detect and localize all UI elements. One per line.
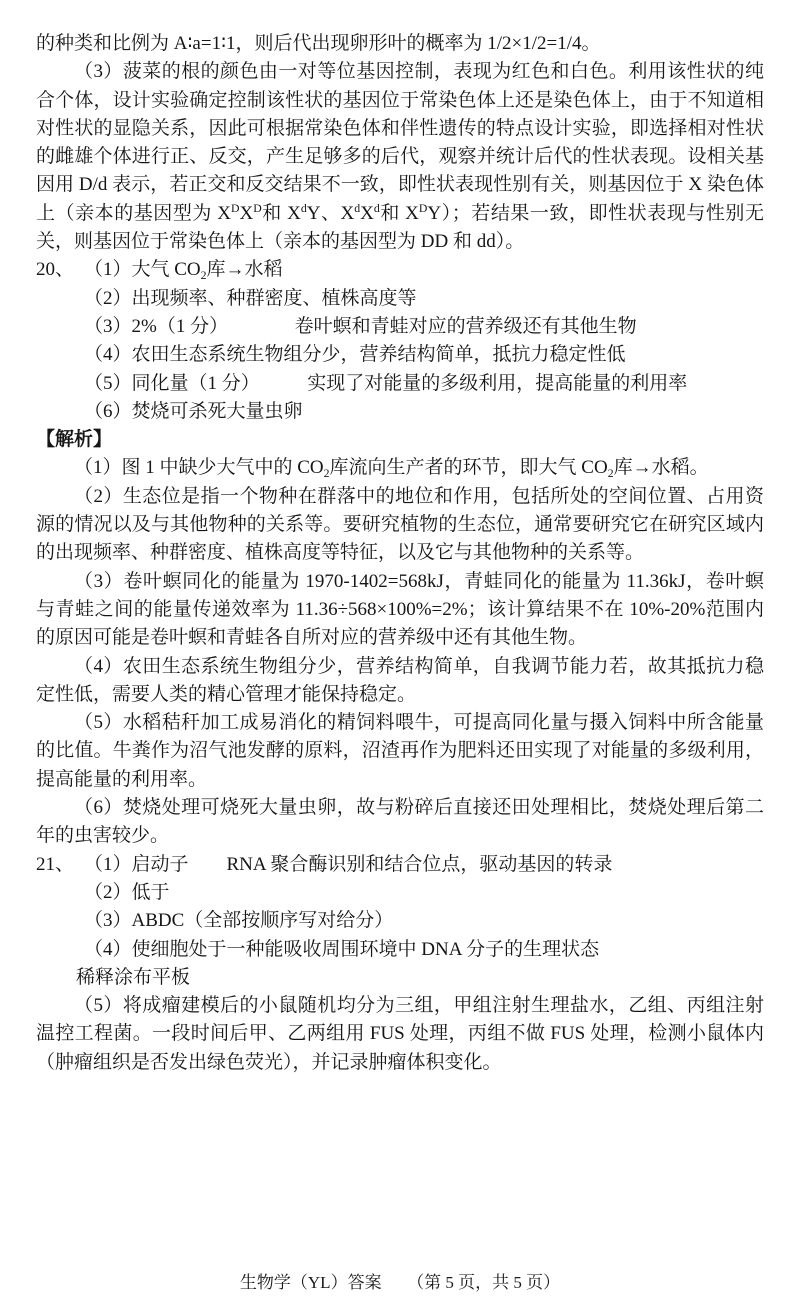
question-number-line: 21、（1）启动子 RNA 聚合酶识别和结合位点，驱动基因的转录	[36, 851, 764, 879]
superscript-allele: d	[374, 202, 380, 215]
paragraph: （4）农田生态系统生物组分少，营养结构简单，自我调节能力若，故其抵抗力稳定性低，…	[36, 653, 764, 710]
answer-item: （6）焚烧可杀死大量虫卵	[36, 398, 764, 426]
paragraph: （6）焚烧处理可烧死大量虫卵，故与粉碎后直接还田处理相比，焚烧处理后第二年的虫害…	[36, 794, 764, 851]
subscript-number: 2	[608, 467, 614, 480]
paragraph: （2）生态位是指一个物种在群落中的地位和作用，包括所处的空间位置、占用资源的情况…	[36, 483, 764, 568]
question-number: 21、	[36, 851, 84, 879]
paragraph: （5）水稻秸秆加工成易消化的精饲料喂牛，可提高同化量与摄入饲料中所含能量的比值。…	[36, 709, 764, 794]
superscript-allele: D	[253, 202, 262, 215]
answer-item: （3）ABDC（全部按顺序写对给分）	[36, 907, 764, 935]
answer-sheet-page: 的种类和比例为 A∶a=1∶1，则后代出现卵形叶的概率为 1/2×1/2=1/4…	[0, 0, 800, 1303]
footer-text: 生物学（YL）答案 （第 5 页，共 5 页）	[240, 1273, 560, 1292]
answer-item: （3）2%（1 分） 卷叶螟和青蛙对应的营养级还有其他生物	[36, 313, 764, 341]
question-number-line: 20、（1）大气 CO2库→水稻	[36, 256, 764, 284]
answer-subitem: 稀释涂布平板	[36, 964, 764, 992]
answer-item: （4）使细胞处于一种能吸收周围环境中 DNA 分子的生理状态	[36, 936, 764, 964]
superscript-allele: d	[354, 202, 360, 215]
section-heading: 【解析】	[36, 426, 764, 454]
answer-item: （2）低于	[36, 879, 764, 907]
paragraph: （3）卷叶螟同化的能量为 1970-1402=568kJ，青蛙同化的能量为 11…	[36, 568, 764, 653]
subscript-number: 2	[324, 467, 330, 480]
subscript-number: 2	[201, 269, 207, 282]
answer-item: （2）出现频率、种群密度、植株高度等	[36, 285, 764, 313]
page-footer: 生物学（YL）答案 （第 5 页，共 5 页）	[0, 1272, 800, 1294]
answer-item: （4）农田生态系统生物组分少，营养结构简单，抵抗力稳定性低	[36, 341, 764, 369]
question-number: 20、	[36, 256, 84, 284]
paragraph: （1）图 1 中缺少大气中的 CO2库流向生产者的环节，即大气 CO2库→水稻。	[36, 454, 764, 482]
document-body: 的种类和比例为 A∶a=1∶1，则后代出现卵形叶的概率为 1/2×1/2=1/4…	[36, 30, 764, 1077]
answer-item: （5）同化量（1 分） 实现了对能量的多级利用，提高能量的利用率	[36, 370, 764, 398]
continuation-line: 的种类和比例为 A∶a=1∶1，则后代出现卵形叶的概率为 1/2×1/2=1/4…	[36, 30, 764, 58]
superscript-allele: D	[231, 202, 240, 215]
superscript-allele: D	[419, 202, 428, 215]
paragraph: （5）将成瘤建模后的小鼠随机均分为三组，甲组注射生理盐水，乙组、丙组注射温控工程…	[36, 992, 764, 1077]
superscript-allele: d	[301, 202, 307, 215]
paragraph: （3）菠菜的根的颜色由一对等位基因控制，表现为红色和白色。利用该性状的纯合个体，…	[36, 58, 764, 256]
